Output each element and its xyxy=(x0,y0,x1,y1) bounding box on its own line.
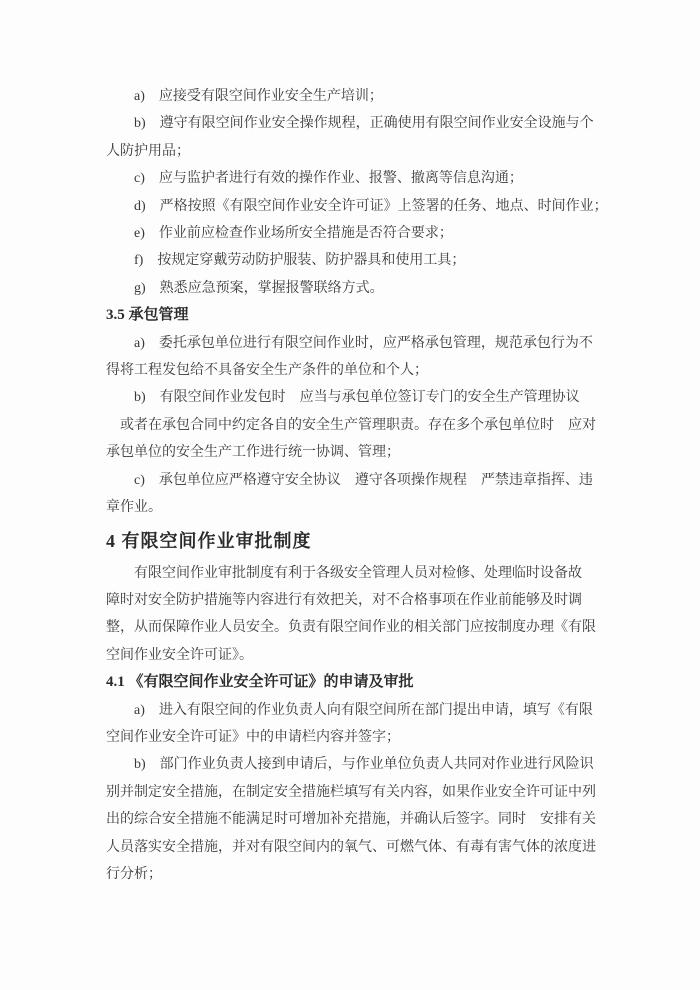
list-item-c-contracting: c) 承包单位应严格遵守安全协议 遵守各项操作规程 严禁违章指挥、违章作业。 xyxy=(106,467,612,522)
text-line: b) 部门作业负责人接到申请后，与作业单位负责人共同对作业进行风险识 xyxy=(106,751,612,778)
text-line: 出的综合安全措施不能满足时可增加补充措施，并确认后签字。同时 安排有关 xyxy=(106,806,612,833)
section-heading-4-1: 4.1 《有限空间作业安全许可证》的申请及审批 xyxy=(106,669,612,696)
list-item-f-worker-duties: f) 按规定穿戴劳动防护服装、防护器具和使用工具； xyxy=(106,247,612,274)
text-line: 整，从而保障作业人员安全。负责有限空间作业的相关部门应按制度办理《有限 xyxy=(106,614,612,641)
text-line: 别并制定安全措施，在制定安全措施栏填写有关内容，如果作业安全许可证中列 xyxy=(106,779,612,806)
list-item-a-worker-duties: a) 应接受有限空间作业安全生产培训； xyxy=(106,83,612,110)
list-item-e-worker-duties: e) 作业前应检查作业场所安全措施是否符合要求； xyxy=(106,220,612,247)
heading-text: 4 有限空间作业审批制度 xyxy=(106,522,612,560)
list-item-g-worker-duties: g) 熟悉应急预案，掌握报警联络方式。 xyxy=(106,275,612,302)
list-item-d-worker-duties: d) 严格按照《有限空间作业安全许可证》上签署的任务、地点、时间作业； xyxy=(106,193,612,220)
text-line: 空间作业安全许可证》。 xyxy=(106,642,612,669)
text-line: b) 有限空间作业发包时 应当与承包单位签订专门的安全生产管理协议 xyxy=(106,384,612,411)
text-line: 承包单位的安全生产工作进行统一协调、管理； xyxy=(106,439,612,466)
text-line: a) 委托承包单位进行有限空间作业时，应严格承包管理，规范承包行为不 xyxy=(106,330,612,357)
text-line: b) 遵守有限空间作业安全操作规程，正确使用有限空间作业安全设施与个 xyxy=(106,110,612,137)
text-line: 空间作业安全许可证》中的申请栏内容并签字； xyxy=(106,724,612,751)
list-item-b-permit-application: b) 部门作业负责人接到申请后，与作业单位负责人共同对作业进行风险识别并制定安全… xyxy=(106,751,612,888)
section-heading-3-5: 3.5 承包管理 xyxy=(106,302,612,329)
text-line: 章作业。 xyxy=(106,494,612,521)
text-line: 人防护用品； xyxy=(106,138,612,165)
text-line: 得将工程发包给不具备安全生产条件的单位和个人； xyxy=(106,357,612,384)
list-item-b-worker-duties: b) 遵守有限空间作业安全操作规程，正确使用有限空间作业安全设施与个人防护用品； xyxy=(106,110,612,165)
list-item-a-contracting: a) 委托承包单位进行有限空间作业时，应严格承包管理，规范承包行为不得将工程发包… xyxy=(106,330,612,385)
list-item-b-contracting: b) 有限空间作业发包时 应当与承包单位签订专门的安全生产管理协议 或者在承包合… xyxy=(106,384,612,466)
text-line: 障时对安全防护措施等内容进行有效把关，对不合格事项在作业前能够及时调 xyxy=(106,587,612,614)
text-line: 行分析； xyxy=(106,861,612,888)
text-line: 人员落实安全措施，并对有限空间内的氧气、可燃气体、有毒有害气体的浓度进 xyxy=(106,834,612,861)
list-item-a-permit-application: a) 进入有限空间的作业负责人向有限空间所在部门提出申请，填写《有限空间作业安全… xyxy=(106,697,612,752)
text-line: c) 应与监护者进行有效的操作作业、报警、撤离等信息沟通； xyxy=(106,165,612,192)
document-page: a) 应接受有限空间作业安全生产培训； b) 遵守有限空间作业安全操作规程，正确… xyxy=(0,0,700,990)
text-line: 有限空间作业审批制度有利于各级安全管理人员对检修、处理临时设备故 xyxy=(106,560,612,587)
text-line: f) 按规定穿戴劳动防护服装、防护器具和使用工具； xyxy=(106,247,612,274)
heading-text: 3.5 承包管理 xyxy=(106,302,612,329)
text-line: 或者在承包合同中约定各自的安全生产管理职责。存在多个承包单位时 应对 xyxy=(106,412,612,439)
document-content: a) 应接受有限空间作业安全生产培训； b) 遵守有限空间作业安全操作规程，正确… xyxy=(106,83,612,888)
text-line: a) 应接受有限空间作业安全生产培训； xyxy=(106,83,612,110)
text-line: c) 承包单位应严格遵守安全协议 遵守各项操作规程 严禁违章指挥、违 xyxy=(106,467,612,494)
text-line: e) 作业前应检查作业场所安全措施是否符合要求； xyxy=(106,220,612,247)
text-line: a) 进入有限空间的作业负责人向有限空间所在部门提出申请，填写《有限 xyxy=(106,697,612,724)
list-item-c-worker-duties: c) 应与监护者进行有效的操作作业、报警、撤离等信息沟通； xyxy=(106,165,612,192)
chapter-heading-4: 4 有限空间作业审批制度 xyxy=(106,522,612,560)
text-line: g) 熟悉应急预案，掌握报警联络方式。 xyxy=(106,275,612,302)
heading-text: 4.1 《有限空间作业安全许可证》的申请及审批 xyxy=(106,669,612,696)
paragraph-approval-system: 有限空间作业审批制度有利于各级安全管理人员对检修、处理临时设备故障时对安全防护措… xyxy=(106,560,612,670)
text-line: d) 严格按照《有限空间作业安全许可证》上签署的任务、地点、时间作业； xyxy=(106,193,612,220)
